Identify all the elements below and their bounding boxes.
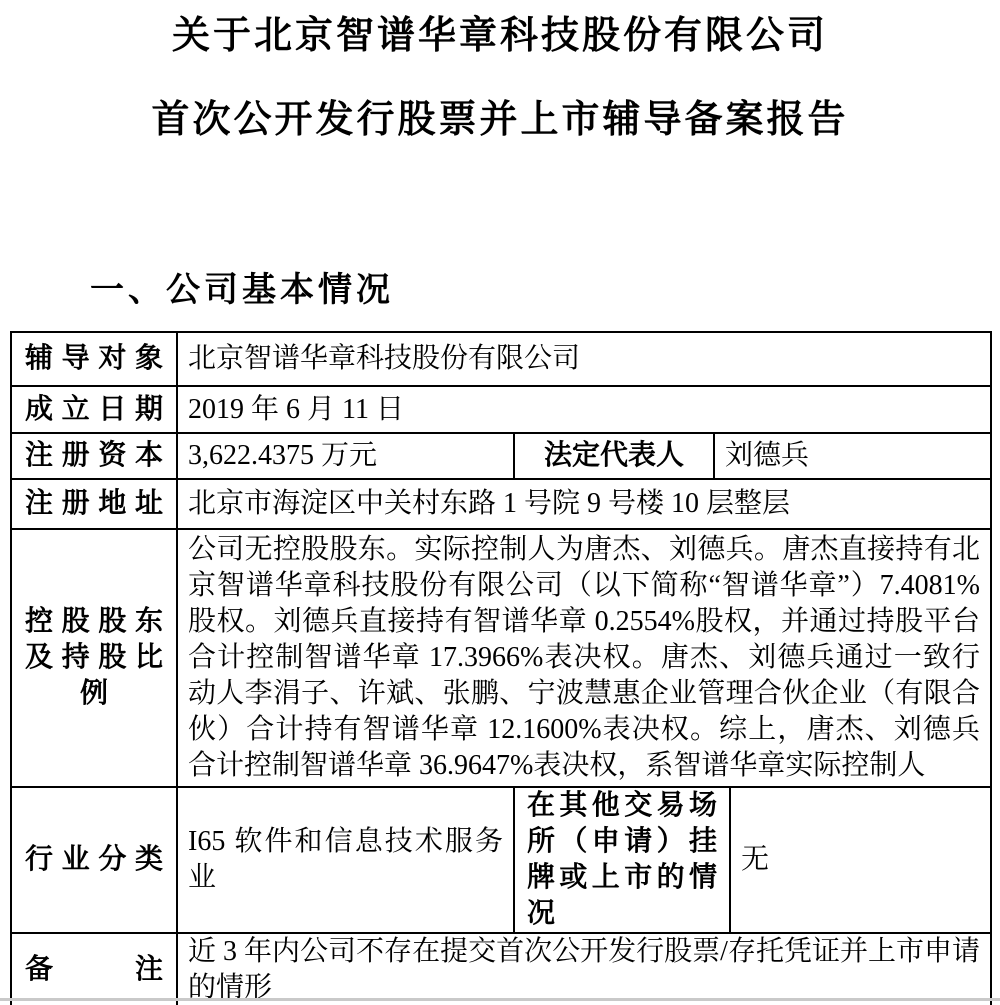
- registered-address-label-text: 注册地址: [25, 486, 163, 522]
- registered-address-value: 北京市海淀区中关村东路 1 号院 9 号楼 10 层整层: [177, 479, 991, 529]
- table-row: 备注 近 3 年内公司不存在提交首次公开发行股票/存托凭证并上市申请的情形: [11, 933, 991, 1005]
- remarks-value: 近 3 年内公司不存在提交首次公开发行股票/存托凭证并上市申请的情形: [177, 933, 991, 1005]
- controlling-shareholder-label-text: 控股股东 及持股比 例: [25, 604, 163, 712]
- counseling-target-label: 辅导对象: [11, 332, 177, 386]
- controlling-shareholder-value: 公司无控股股东。实际控制人为唐杰、刘德兵。唐杰直接持有北京智谱华章科技股份有限公…: [177, 529, 991, 787]
- controlling-shareholder-label-line: 例: [25, 676, 163, 712]
- document-title-line1: 关于北京智谱华章科技股份有限公司: [0, 14, 1000, 58]
- table-row: 注册地址 北京市海淀区中关村东路 1 号院 9 号楼 10 层整层: [11, 479, 991, 529]
- counseling-target-value: 北京智谱华章科技股份有限公司: [177, 332, 991, 386]
- legal-representative-label: 法定代表人: [514, 433, 714, 479]
- controlling-shareholder-label-line: 控股股东: [25, 604, 163, 640]
- industry-label-text: 行业分类: [25, 842, 163, 878]
- registered-capital-label-text: 注册资本: [25, 438, 163, 474]
- document-title-line2: 首次公开发行股票并上市辅导备案报告: [0, 98, 1000, 142]
- counseling-target-label-text: 辅导对象: [25, 341, 163, 377]
- legal-representative-value: 刘德兵: [714, 433, 991, 479]
- other-listing-label: 在其他交易场所（申请）挂牌或上市的情况: [514, 787, 730, 933]
- industry-value: I65 软件和信息技术服务业: [177, 787, 514, 933]
- industry-label: 行业分类: [11, 787, 177, 933]
- table-row: 成立日期 2019 年 6 月 11 日: [11, 386, 991, 433]
- other-listing-value: 无: [730, 787, 991, 933]
- establishment-date-value: 2019 年 6 月 11 日: [177, 386, 991, 433]
- table-row: 行业分类 I65 软件和信息技术服务业 在其他交易场所（申请）挂牌或上市的情况 …: [11, 787, 991, 933]
- remarks-label: 备注: [11, 933, 177, 1005]
- page-edge-divider: [0, 998, 1000, 1001]
- section-heading: 一、公司基本情况: [90, 270, 1000, 310]
- registered-address-label: 注册地址: [11, 479, 177, 529]
- establishment-date-label: 成立日期: [11, 386, 177, 433]
- registered-capital-label: 注册资本: [11, 433, 177, 479]
- controlling-shareholder-label-line: 及持股比: [25, 640, 163, 676]
- remarks-label-text: 备注: [25, 952, 163, 988]
- controlling-shareholder-label: 控股股东 及持股比 例: [11, 529, 177, 787]
- table-row: 辅导对象 北京智谱华章科技股份有限公司: [11, 332, 991, 386]
- establishment-date-label-text: 成立日期: [25, 392, 163, 428]
- table-row: 注册资本 3,622.4375 万元 法定代表人 刘德兵: [11, 433, 991, 479]
- table-row: 控股股东 及持股比 例 公司无控股股东。实际控制人为唐杰、刘德兵。唐杰直接持有北…: [11, 529, 991, 787]
- registered-capital-value: 3,622.4375 万元: [177, 433, 514, 479]
- company-info-table: 辅导对象 北京智谱华章科技股份有限公司 成立日期 2019 年 6 月 11 日…: [10, 331, 992, 1005]
